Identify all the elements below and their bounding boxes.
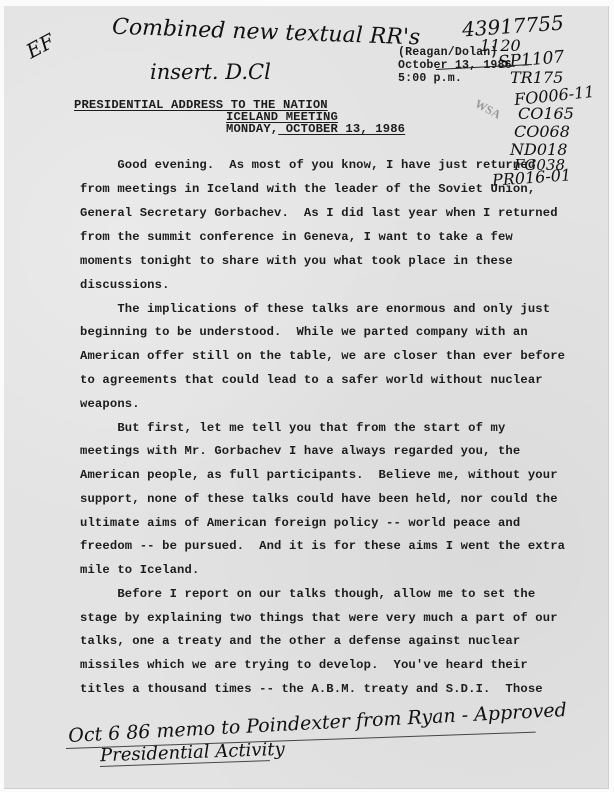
- body-line: to agreements that could lead to a safer…: [80, 373, 543, 387]
- date-underlined: OCTOBER 13, 1986: [278, 122, 405, 136]
- body-line: The implications of these talks are enor…: [80, 302, 550, 316]
- body-line: from meetings in Iceland with the leader…: [80, 182, 535, 196]
- body-line: talks, one a treaty and the other a defe…: [80, 634, 520, 648]
- date-weekday: MONDAY,: [226, 122, 278, 136]
- body-line: titles a thousand times -- the A.B.M. tr…: [80, 682, 543, 696]
- body-line: American offer still on the table, we ar…: [80, 349, 565, 363]
- handwritten-corner-mark: EF: [22, 29, 58, 64]
- handwritten-code: CO165: [518, 104, 574, 123]
- body-line: beginning to be understood. While we par…: [80, 325, 528, 339]
- body-line: moments tonight to share with you what t…: [80, 254, 513, 268]
- body-line: stage by explaining two things that were…: [80, 611, 558, 625]
- body-line: freedom -- be pursued. And it is for the…: [80, 539, 565, 553]
- body-line: mile to Iceland.: [80, 563, 199, 577]
- handwritten-note-line1: Combined new textual RR's: [112, 15, 421, 51]
- body-line: General Secretary Gorbachev. As I did la…: [80, 206, 558, 220]
- body-line: from the summit conference in Geneva, I …: [80, 230, 513, 244]
- document-page: EF Combined new textual RR's insert. D.C…: [4, 6, 609, 789]
- body-line: ultimate aims of American foreign policy…: [80, 516, 520, 530]
- body-line: support, none of these talks could have …: [80, 492, 558, 506]
- handwritten-code: TR175: [510, 68, 563, 87]
- document-date-line: MONDAY, OCTOBER 13, 1986: [226, 122, 405, 136]
- header-time: 5:00 p.m.: [398, 72, 462, 85]
- body-line: meetings with Mr. Gorbachev I have alway…: [80, 444, 520, 458]
- body-line: American people, as full participants. B…: [80, 468, 558, 482]
- body-line: Before I report on our talks though, all…: [80, 587, 535, 601]
- handwritten-note-line2: insert. D.Cl: [150, 60, 271, 84]
- body-line: Good evening. As most of you know, I hav…: [80, 158, 535, 172]
- body-line: But first, let me tell you that from the…: [80, 421, 505, 435]
- body-line: missiles which we are trying to develop.…: [80, 658, 528, 672]
- body-line: weapons.: [80, 397, 140, 411]
- body-line: discussions.: [80, 278, 170, 292]
- archive-stamp: WSA: [472, 96, 503, 122]
- handwritten-code: CO068: [514, 122, 570, 141]
